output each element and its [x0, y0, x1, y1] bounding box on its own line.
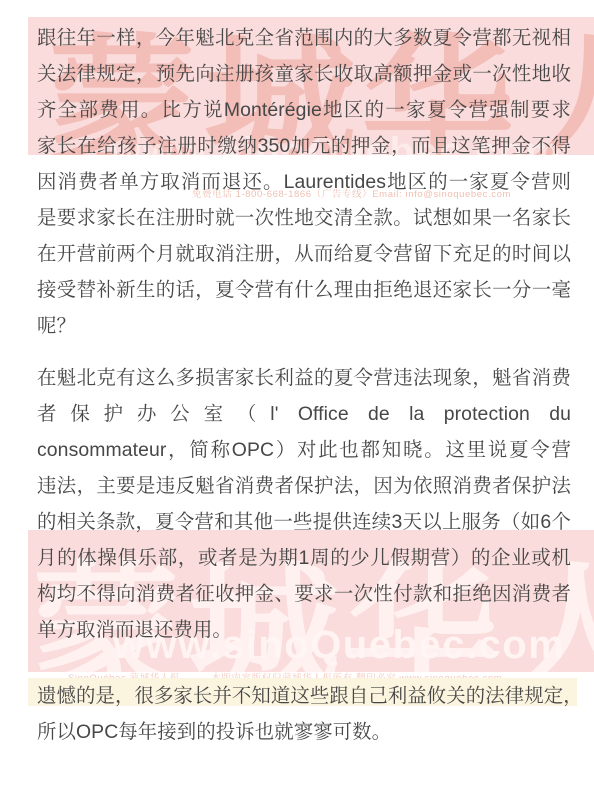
text-line: 违法，主要是违反魁省消费者保护法，因为依照消费者保护法: [37, 468, 571, 504]
text-line: 在开营前两个月就取消注册，从而给夏令营留下充足的时间以: [37, 236, 571, 272]
text-line: 接受替补新生的话，夏令营有什么理由拒绝退还家长一分一毫: [37, 272, 571, 308]
text-line: 所以OPC每年接到的投诉也就寥寥可数。: [37, 714, 571, 750]
text-line: 者保护办公室（l' Office de la protection du: [37, 396, 571, 432]
text-line: consommateur，简称OPC）对此也都知晓。这里说夏令营: [37, 432, 571, 468]
paragraph-1: 跟往年一样，今年魁北克全省范围内的大多数夏令营都无视相关法律规定，预先向注册孩童…: [37, 20, 571, 344]
text-line: 在魁北克有这么多损害家长利益的夏令营违法现象，魁省消费: [37, 360, 571, 396]
text-line: 月的体操俱乐部，或者是为期1周的少儿假期营）的企业或机: [37, 540, 571, 576]
text-line: 遗憾的是，很多家长并不知道这些跟自己利益攸关的法律规定，: [37, 678, 571, 714]
text-line: 家长在给孩子注册时缴纳350加元的押金，而且这笔押金不得: [37, 128, 571, 164]
text-line: 呢？: [37, 308, 571, 344]
text-line: 关法律规定，预先向注册孩童家长收取高额押金或一次性地收: [37, 56, 571, 92]
text-line: 跟往年一样，今年魁北克全省范围内的大多数夏令营都无视相: [37, 20, 571, 56]
article-page: 蒙城华人报 www.sinoQuebec.com 免费电话 1-800-668-…: [0, 0, 594, 798]
text-line: 构均不得向消费者征收押金、要求一次性付款和拒绝因消费者: [37, 576, 571, 612]
text-line: 因消费者单方取消而退还。Laurentides地区的一家夏令营则: [37, 164, 571, 200]
paragraph-2: 在魁北克有这么多损害家长利益的夏令营违法现象，魁省消费者保护办公室（l' Off…: [37, 360, 571, 648]
text-line: 齐全部费用。比方说Montérégie地区的一家夏令营强制要求: [37, 92, 571, 128]
paragraph-3: 遗憾的是，很多家长并不知道这些跟自己利益攸关的法律规定，所以OPC每年接到的投诉…: [37, 678, 571, 750]
text-line: 单方取消而退还费用。: [37, 612, 571, 648]
text-line: 的相关条款，夏令营和其他一些提供连续3天以上服务（如6个: [37, 504, 571, 540]
text-line: 是要求家长在注册时就一次性地交清全款。试想如果一名家长: [37, 200, 571, 236]
